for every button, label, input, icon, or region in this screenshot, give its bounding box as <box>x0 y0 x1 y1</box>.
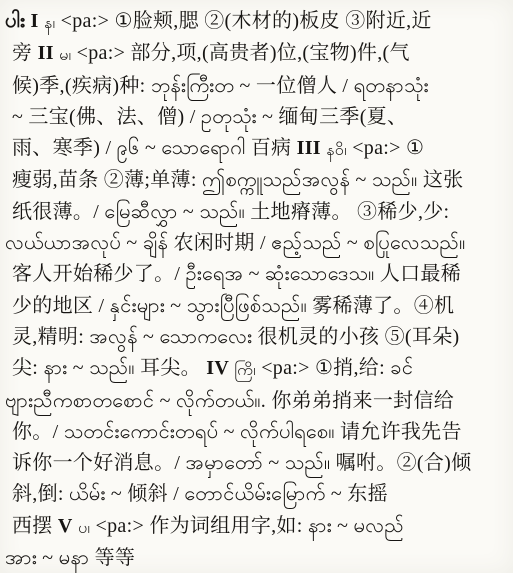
entry-line-10: 少的地区 / နှင်းများ ~ သွားပြီဖြစ်သည်။ 雾稀薄了。… <box>5 291 511 322</box>
entry-line-18: အား ~ မနာ 等等 <box>5 543 511 573</box>
entry-line-16: 斜,倒: ယိမ်း ~ 倾斜 / တောင်ယိမ်းမြောက် ~ 东摇 <box>5 479 511 510</box>
entry-line-4: ~ 三宝(佛、法、僧) / ဥတုသုံး ~ 缅甸三季(夏、 <box>5 102 511 133</box>
dictionary-page: ပါး I န၊ <pa:> ①脸颊,腮 ②(木材的)板皮 ③附近,近 旁 II… <box>0 0 513 573</box>
entry-line-3: 候)季,(疾病)种: ဘုန်းကြီးတ ~ 一位僧人 / ရတနာသုံး <box>5 71 511 102</box>
entry-line-5: 雨、寒季) / ၉၆ ~ သောရောဂါ 百病 III နဝိ၊ <pa:> … <box>5 133 511 165</box>
entry-line-13: ဗျားညီကစာတစောင် ~ လိုက်တယ်။. 你弟弟捎来一封信给 <box>5 386 511 417</box>
entry-line-9: 客人开始稀少了。/ ဦးရေအ ~ ဆုံးသောဒေသ။ 人口最稀 <box>5 259 511 290</box>
dictionary-entry: ပါး I န၊ <pa:> ①脸颊,腮 ②(木材的)板皮 ③附近,近 旁 II… <box>5 6 511 573</box>
entry-line-17: 西摆 V ပ၊ <pa:> 作为词组用字,如: နား ~ မလည် <box>5 511 511 543</box>
entry-line-15: 诉你一个好消息。/ အမှာတော် ~ သည်။ 嘱咐。②(合)倾 <box>5 448 511 479</box>
entry-line-1: ပါး I န၊ <pa:> ①脸颊,腮 ②(木材的)板皮 ③附近,近 <box>5 6 511 38</box>
entry-line-2: 旁 II မ၊ <pa:> 部分,项,(高贵者)位,(宝物)件,(气 <box>5 38 511 70</box>
entry-line-12: 尖: နား ~ သည်။ 耳尖。 IV ကြိ၊ <pa:> ①捎,给: ခင… <box>5 353 511 385</box>
entry-line-7: 纸很薄。/ မြေဆီလွှာ ~ သည်။ 土地瘠薄。 ③稀少,少: <box>5 197 511 228</box>
entry-line-14: 你。/ သတင်းကောင်းတရပ် ~ လိုက်ပါရစေ။ 请允许我先告 <box>5 417 511 448</box>
entry-line-11: 灵,精明: အလွန် ~ သောကလေး 很机灵的小孩 ⑤(耳朵) <box>5 322 511 353</box>
entry-line-6: 瘦弱,苗条 ②薄;单薄: ဤစက္ကူသည်အလွန် ~ သည်။ 这张 <box>5 165 511 196</box>
entry-line-8: လယ်ယာအလုပ် ~ ချိန် 农闲时期 / ဧည့်သည် ~ စပြု… <box>5 228 511 259</box>
